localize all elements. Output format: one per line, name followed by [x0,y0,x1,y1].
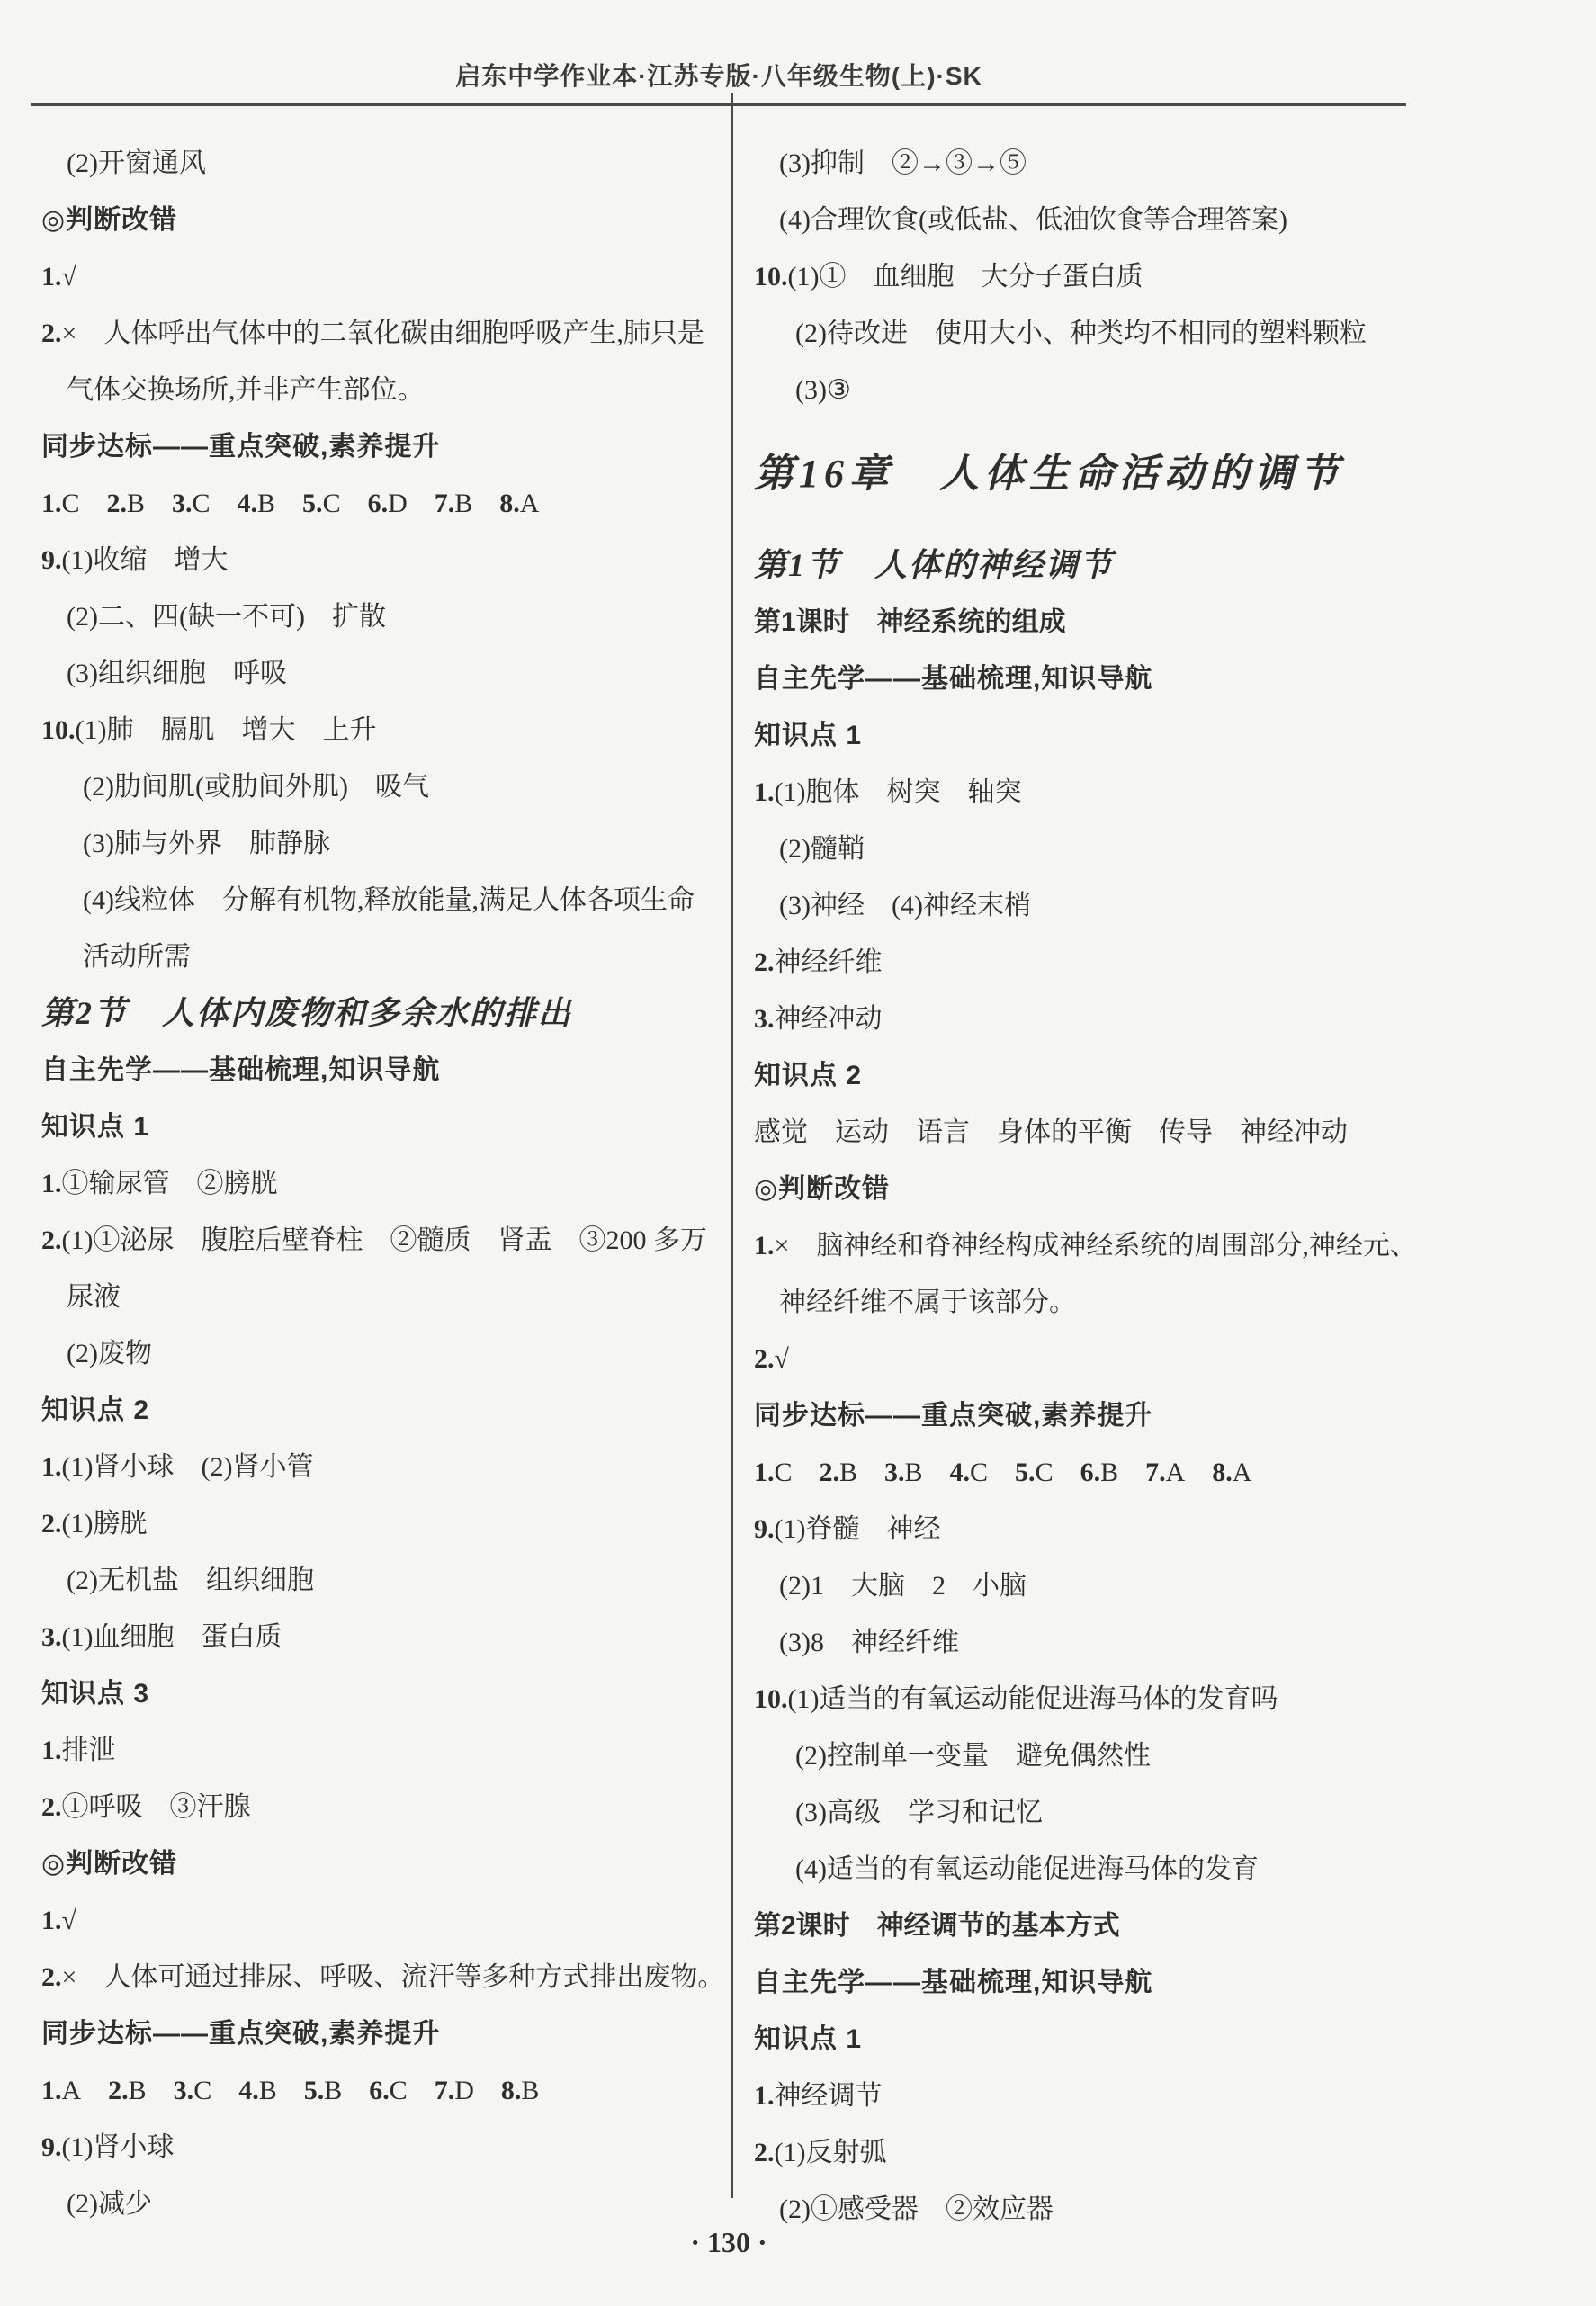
text-run: ◎判断改错 [754,1174,890,1204]
judge-correct-heading: ◎判断改错 [754,1161,1420,1217]
text-run: (2)1 大脑 2 小脑 [779,1571,1027,1601]
answer-line: (4)适当的有氧运动能促进海马体的发育 [754,1841,1420,1898]
text-run: (2)待改进 使用大小、种类均不相同的塑料颗粒 [795,319,1367,348]
text-run: C [62,489,80,518]
text-run: (1)肾小球 (2)肾小管 [62,1452,314,1482]
text-run: (4)适当的有氧运动能促进海马体的发育 [795,1854,1259,1884]
answer-line: 1.(1)肾小球 (2)肾小管 [41,1439,734,1495]
text-run: 第2节 人体内废物和多余水的排出 [41,995,572,1031]
text-run: B [521,2076,539,2105]
text-run: 7. [408,2076,455,2105]
text-run: ①输尿管 ②膀胱 [62,1169,278,1198]
answer-line: 2.(1)膀胱 [41,1495,734,1552]
header-rule [31,103,1406,106]
text-run: 9. [41,545,62,575]
text-run: 知识点 2 [41,1395,149,1425]
answer-line: (4)线粒体 分解有机物,释放能量,满足人体各项生命 [41,872,734,929]
text-run: A [1233,1458,1252,1487]
answer-line: (3)肺与外界 肺静脉 [41,815,734,872]
text-run: (2)废物 [67,1339,152,1368]
text-run: 2. [41,1792,62,1822]
text-run: C [193,489,211,518]
answer-line: (2)1 大脑 2 小脑 [754,1557,1420,1614]
text-run: 神经纤维不属于该部分。 [779,1288,1076,1317]
text-run: 2. [754,947,775,977]
text-run: 3. [41,1622,62,1652]
answer-line: 2.× 人体呼出气体中的二氧化碳由细胞呼吸产生,肺只是 [41,305,734,362]
text-run: 神经纤维 [775,947,883,977]
text-run: 同步达标——重点突破,素养提升 [41,2019,440,2049]
text-run: 同步达标——重点突破,素养提升 [41,432,440,462]
text-run: 1. [754,1231,775,1261]
text-run: 2. [41,1509,62,1539]
text-run: 2. [754,2138,775,2167]
text-run: 知识点 2 [754,1061,862,1090]
answer-line: (3)③ [754,362,1420,418]
text-run: 5. [277,2076,325,2105]
section-heading: 第2节 人体内废物和多余水的排出 [41,985,734,1042]
text-run: 1. [41,2076,62,2105]
text-run: 第16章 人体生命活动的调节 [754,452,1344,496]
text-run: A [1166,1458,1186,1487]
text-run: C [193,2076,211,2105]
text-run: 2. [41,1962,62,1992]
text-run: 9. [41,2132,62,2162]
answer-line: 1.神经调节 [754,2068,1420,2124]
text-run: 1. [41,262,62,292]
answer-line: 2.× 人体可通过排尿、呼吸、流汗等多种方式排出废物。 [41,1949,734,2005]
text-run: B [324,2076,342,2105]
text-run: 1. [41,1906,62,1935]
text-run: (3)8 神经纤维 [779,1628,959,1657]
text-run: C [390,2076,408,2105]
knowledge-point-heading: 知识点 3 [41,1665,734,1722]
text-run: D [454,2076,474,2105]
text-run: 第1节 人体的神经调节 [754,547,1114,583]
class-period-heading: 第2课时 神经调节的基本方式 [754,1898,1420,1954]
block-heading: 同步达标——重点突破,素养提升 [754,1387,1420,1444]
text-run: 2. [754,1344,775,1374]
text-run: (3)抑制 ②→③→⑤ [779,148,1027,178]
text-run: 2. [81,2076,129,2105]
text-run: 3. [147,2076,194,2105]
answer-line: (2)待改进 使用大小、种类均不相同的塑料颗粒 [754,305,1420,362]
text-run: 1. [41,1452,62,1482]
text-run: 10. [754,1684,788,1714]
text-run: 2. [793,1458,840,1487]
text-run: (2)髓鞘 [779,834,865,864]
text-run: × 人体可通过排尿、呼吸、流汗等多种方式排出废物。 [62,1962,725,1992]
knowledge-point-heading: 知识点 1 [754,2011,1420,2068]
text-run: 知识点 3 [41,1679,149,1709]
text-run: (3)神经 (4)神经末梢 [779,891,1031,920]
text-run: C [1036,1458,1054,1487]
text-run: 知识点 1 [754,2024,862,2054]
text-run: A [62,2076,82,2105]
text-run: 3. [145,489,193,518]
text-run: × 人体呼出气体中的二氧化碳由细胞呼吸产生,肺只是 [62,319,704,348]
answer-line: 2.(1)反射弧 [754,2124,1420,2181]
text-run: 2. [80,489,128,518]
text-run: 2. [41,319,62,348]
answer-line: (3)高级 学习和记忆 [754,1784,1420,1841]
text-run: (2)控制单一变量 避免偶然性 [795,1741,1151,1771]
text-run: B [905,1458,923,1487]
text-run: C [970,1458,988,1487]
block-heading: 同步达标——重点突破,素养提升 [41,418,734,475]
answer-line: 活动所需 [41,929,734,985]
text-run: 7. [408,489,455,518]
text-run: (3)肺与外界 肺静脉 [83,829,330,858]
judge-correct-heading: ◎判断改错 [41,1835,734,1892]
text-run: (4)合理饮食(或低盐、低油饮食等合理答案) [779,205,1287,235]
text-run: 1. [754,1458,775,1487]
answer-line: (3)8 神经纤维 [754,1614,1420,1671]
text-run: 1. [41,1736,62,1765]
answer-line: (3)组织细胞 呼吸 [41,645,734,702]
text-run: 活动所需 [83,942,191,972]
answer-line: (4)合理饮食(或低盐、低油饮食等合理答案) [754,192,1420,248]
knowledge-point-heading: 知识点 1 [41,1099,734,1155]
answer-line: (2)控制单一变量 避免偶然性 [754,1727,1420,1784]
answer-line: 10.(1)适当的有氧运动能促进海马体的发育吗 [754,1671,1420,1727]
text-run: (1)肾小球 [62,2132,175,2162]
text-run: 感觉 运动 语言 身体的平衡 传导 神经冲动 [754,1117,1348,1147]
text-run: 7. [1118,1458,1166,1487]
answer-line: 1.C 2.B 3.C 4.B 5.C 6.D 7.B 8.A [41,475,734,532]
text-run: (2)无机盐 组织细胞 [67,1566,314,1595]
text-run: B [129,2076,147,2105]
text-run: 8. [472,489,520,518]
text-run: (1)血细胞 蛋白质 [62,1622,282,1652]
text-run: 8. [474,2076,522,2105]
text-run: B [259,2076,277,2105]
answer-line: 感觉 运动 语言 身体的平衡 传导 神经冲动 [754,1104,1420,1161]
text-run: 4. [923,1458,971,1487]
text-run: (1)肺 膈肌 增大 上升 [76,715,377,745]
text-run: 气体交换场所,并非产生部位。 [67,375,425,405]
answer-line: (2)髓鞘 [754,821,1420,877]
text-run: (3)高级 学习和记忆 [795,1798,1043,1827]
text-run: (3)③ [795,375,851,405]
page-number: · 130 · [612,2215,846,2269]
text-run: 8. [1185,1458,1233,1487]
text-run: 5. [275,489,323,518]
text-run: (2)二、四(缺一不可) 扩散 [67,602,386,632]
answer-line: 1.√ [41,1892,734,1949]
answer-line: 1.①输尿管 ②膀胱 [41,1155,734,1212]
text-run: 1. [41,489,62,518]
answer-line: 1.√ [41,248,734,305]
block-heading: 自主先学——基础梳理,知识导航 [41,1042,734,1099]
text-run: B [1100,1458,1118,1487]
text-run: (1)适当的有氧运动能促进海马体的发育吗 [788,1684,1278,1714]
text-run: (1)反射弧 [775,2138,887,2167]
text-run: 2. [41,1225,62,1255]
text-run: 1. [754,777,775,807]
text-run: 3. [754,1004,775,1034]
answer-line: 2.①呼吸 ③汗腺 [41,1779,734,1835]
answer-line: 2.√ [754,1331,1420,1387]
text-run: (1)脊髓 神经 [775,1514,941,1544]
answer-line: (2)开窗通风 [41,135,734,192]
text-run: (1)收缩 增大 [62,545,229,575]
section-heading: 第1节 人体的神经调节 [754,537,1420,594]
answer-line: 尿液 [41,1269,734,1325]
text-run: 3. [857,1458,905,1487]
text-run: 尿液 [67,1282,121,1312]
block-heading: 同步达标——重点突破,素养提升 [41,2005,734,2062]
answer-line: 2.神经纤维 [754,934,1420,991]
answer-line: (3)神经 (4)神经末梢 [754,877,1420,934]
answer-line: 1.(1)胞体 树突 轴突 [754,764,1420,821]
answer-line: 1.× 脑神经和脊神经构成神经系统的周围部分,神经元、 [754,1217,1420,1274]
text-run: 知识点 1 [754,721,862,750]
right-column: (3)抑制 ②→③→⑤(4)合理饮食(或低盐、低油饮食等合理答案)10.(1)①… [754,135,1420,2238]
answer-line: 10.(1)肺 膈肌 增大 上升 [41,702,734,758]
text-run: 自主先学——基础梳理,知识导航 [754,664,1152,694]
text-run: C [775,1458,793,1487]
text-run: (2)减少 [67,2189,152,2219]
text-run: 神经调节 [775,2081,883,2111]
text-run: 第1课时 神经系统的组成 [754,607,1066,637]
text-run: (4)线粒体 分解有机物,释放能量,满足人体各项生命 [83,885,695,915]
text-run: 9. [754,1514,775,1544]
answer-line: 神经纤维不属于该部分。 [754,1274,1420,1331]
text-run: 自主先学——基础梳理,知识导航 [754,1968,1152,1997]
text-run: B [257,489,275,518]
text-run: (2)肋间肌(或肋间外肌) 吸气 [83,772,429,802]
answer-line: 2.(1)①泌尿 腹腔后壁脊柱 ②髓质 肾盂 ③200 多万 [41,1212,734,1269]
text-run: (1)胞体 树突 轴突 [775,777,1022,807]
text-run: C [323,489,341,518]
answer-line: 3.(1)血细胞 蛋白质 [41,1609,734,1665]
answer-line: (2)无机盐 组织细胞 [41,1552,734,1609]
answer-line: (2)废物 [41,1325,734,1382]
text-run: 4. [211,2076,259,2105]
text-run: × 脑神经和脊神经构成神经系统的周围部分,神经元、 [775,1231,1417,1261]
answer-line: (2)二、四(缺一不可) 扩散 [41,588,734,645]
text-run: (3)组织细胞 呼吸 [67,659,287,688]
page-header-title: 启东中学作业本·江苏专版·八年级生物(上)·SK [31,56,1406,96]
text-run: 5. [988,1458,1036,1487]
text-run: 排泄 [62,1736,116,1765]
text-run: D [388,489,408,518]
text-run: B [839,1458,857,1487]
left-column: (2)开窗通风◎判断改错1.√2.× 人体呼出气体中的二氧化碳由细胞呼吸产生,肺… [41,135,734,2232]
text-run: 6. [342,2076,390,2105]
text-run: 10. [41,715,76,745]
answer-line: 1.A 2.B 3.C 4.B 5.B 6.C 7.D 8.B [41,2062,734,2119]
answer-line: (2)①感受器 ②效应器 [754,2181,1420,2238]
text-run: 同步达标——重点突破,素养提升 [754,1401,1152,1431]
text-run: √ [62,262,76,292]
block-heading: 自主先学——基础梳理,知识导航 [754,651,1420,707]
workbook-answer-page: 启东中学作业本·江苏专版·八年级生物(上)·SK (2)开窗通风◎判断改错1.√… [0,0,1596,2306]
text-run: 自主先学——基础梳理,知识导航 [41,1055,440,1085]
text-run: 第2课时 神经调节的基本方式 [754,1911,1120,1941]
answer-line: 1.C 2.B 3.B 4.C 5.C 6.B 7.A 8.A [754,1444,1420,1501]
text-run: 6. [1054,1458,1101,1487]
knowledge-point-heading: 知识点 1 [754,707,1420,764]
text-run: 1. [41,1169,62,1198]
answer-line: (2)肋间肌(或肋间外肌) 吸气 [41,758,734,815]
text-run: ◎判断改错 [41,1849,177,1879]
answer-line: 9.(1)肾小球 [41,2119,734,2176]
text-run: √ [62,1906,76,1935]
text-run: A [520,489,540,518]
answer-line: (3)抑制 ②→③→⑤ [754,135,1420,192]
text-run: (1)①泌尿 腹腔后壁脊柱 ②髓质 肾盂 ③200 多万 [62,1225,707,1255]
text-run: 神经冲动 [775,1004,883,1034]
text-run: 10. [754,262,788,292]
block-heading: 自主先学——基础梳理,知识导航 [754,1954,1420,2011]
text-run: B [127,489,145,518]
text-run: (1)① 血细胞 大分子蛋白质 [788,262,1143,292]
answer-line: 9.(1)收缩 增大 [41,532,734,588]
text-run: 1. [754,2081,775,2111]
answer-line: 1.排泄 [41,1722,734,1779]
text-run: 6. [341,489,389,518]
knowledge-point-heading: 知识点 2 [754,1047,1420,1104]
knowledge-point-heading: 知识点 2 [41,1382,734,1439]
text-run: (2)开窗通风 [67,148,206,178]
text-run: ①呼吸 ③汗腺 [62,1792,251,1822]
answer-line: 3.神经冲动 [754,991,1420,1047]
text-run: √ [775,1344,789,1374]
answer-line: 10.(1)① 血细胞 大分子蛋白质 [754,248,1420,305]
text-run: ◎判断改错 [41,205,177,235]
judge-correct-heading: ◎判断改错 [41,192,734,248]
text-run: 4. [211,489,258,518]
answer-line: 9.(1)脊髓 神经 [754,1501,1420,1557]
text-run: (1)膀胱 [62,1509,148,1539]
class-period-heading: 第1课时 神经系统的组成 [754,594,1420,651]
text-run: 知识点 1 [41,1112,149,1142]
text-run: B [454,489,472,518]
answer-line: 气体交换场所,并非产生部位。 [41,362,734,418]
chapter-heading: 第16章 人体生命活动的调节 [754,440,1420,508]
